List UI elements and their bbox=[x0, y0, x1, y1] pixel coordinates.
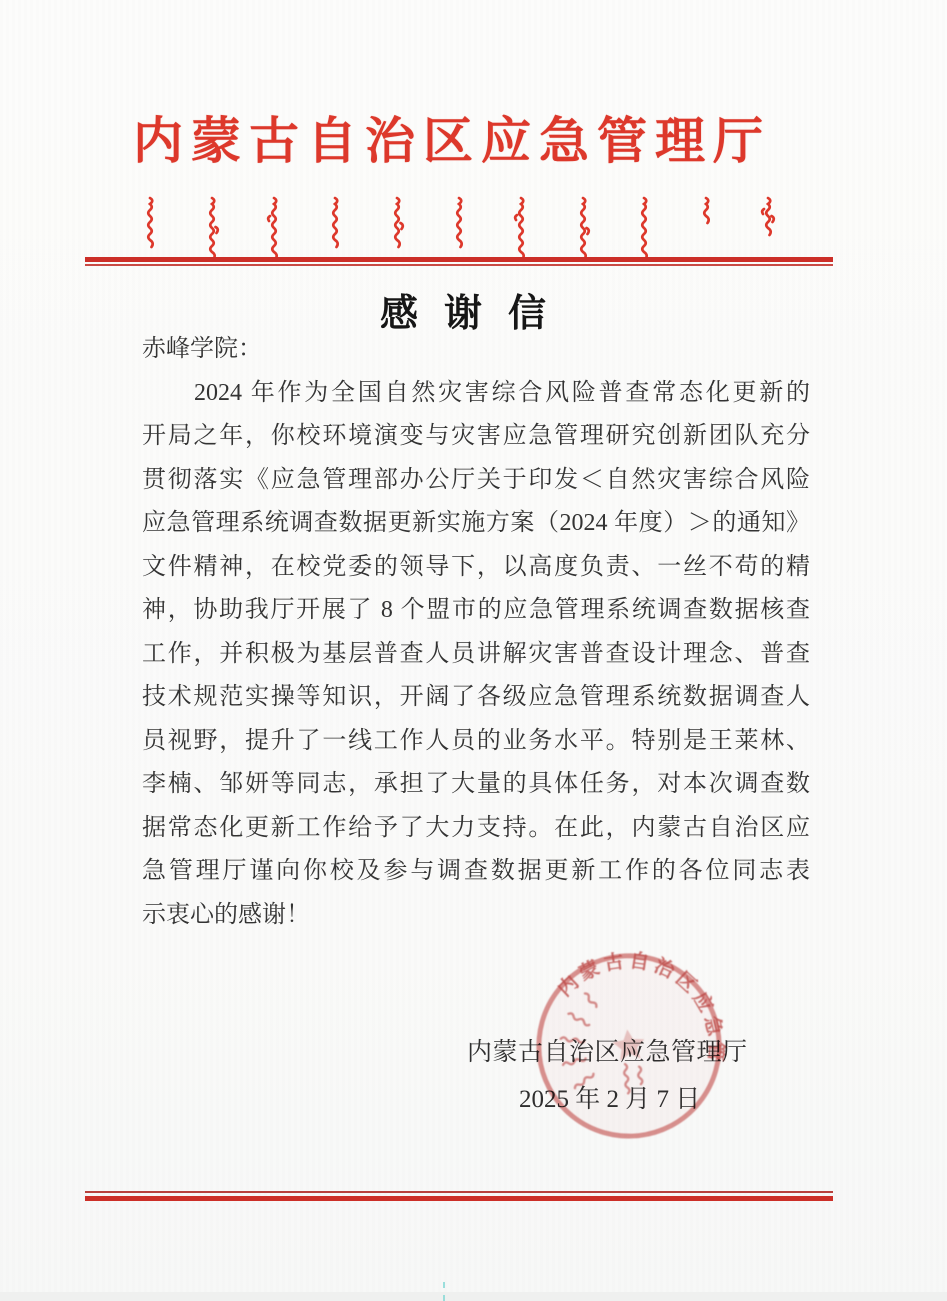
letterhead-divider-thin bbox=[85, 264, 833, 266]
footer-divider-thin bbox=[85, 1191, 833, 1193]
body-line: 贯彻落实《应急管理部办公厅关于印发＜自然灾害综合风险 bbox=[142, 459, 810, 503]
mongolian-glyph-icon bbox=[388, 196, 406, 264]
body-line: 应急管理系统调查数据更新实施方案（2024 年度）＞的通知》 bbox=[142, 502, 810, 546]
body-line: 李楠、邹妍等同志，承担了大量的具体任务，对本次调查数 bbox=[142, 763, 810, 807]
mongolian-glyph-icon bbox=[512, 196, 530, 266]
scan-artifact bbox=[443, 1282, 445, 1301]
signature-org: 内蒙古自治区应急管理厅 bbox=[467, 1032, 748, 1068]
mongolian-glyph-icon bbox=[450, 196, 468, 256]
body-line: 工作，并积极为基层普查人员讲解灾害普查设计理念、普查 bbox=[142, 633, 810, 677]
body-line: 文件精神，在校党委的领导下，以高度负责、一丝不苟的精 bbox=[142, 546, 810, 590]
letterhead-org-name: 内蒙古自治区应急管理厅 bbox=[133, 112, 833, 170]
letter-page: 内蒙古自治区应急管理厅 感谢信 赤峰学院： 2024 年作为全国自然灾害综合风险… bbox=[0, 0, 947, 1301]
page-bottom-strip bbox=[0, 1292, 947, 1301]
body-line: 开局之年，你校环境演变与灾害应急管理研究创新团队充分 bbox=[142, 415, 810, 459]
mongolian-glyph-icon bbox=[697, 196, 715, 230]
letterhead-divider-thick bbox=[85, 257, 833, 262]
body-line: 示衷心的感谢！ bbox=[142, 894, 810, 938]
body-line: 据常态化更新工作给予了大力支持。在此，内蒙古自治区应 bbox=[142, 807, 810, 851]
footer-divider-thick bbox=[85, 1196, 833, 1201]
signature-date: 2025 年 2 月 7 日 bbox=[519, 1079, 700, 1115]
body-line: 急管理厅谨向你校及参与调查数据更新工作的各位同志表 bbox=[142, 850, 810, 894]
mongolian-glyph-icon bbox=[326, 196, 344, 254]
salutation: 赤峰学院： bbox=[142, 328, 810, 372]
mongolian-glyph-icon bbox=[759, 196, 777, 248]
letter-body: 赤峰学院： 2024 年作为全国自然灾害综合风险普查常态化更新的 开局之年，你校… bbox=[142, 328, 810, 937]
body-line: 神，协助我厅开展了 8 个盟市的应急管理系统调查数据核查 bbox=[142, 589, 810, 633]
body-line: 员视野，提升了一线工作人员的业务水平。特别是王莱林、 bbox=[142, 720, 810, 764]
body-line: 技术规范实操等知识，开阔了各级应急管理系统数据调查人 bbox=[142, 676, 810, 720]
body-line: 2024 年作为全国自然灾害综合风险普查常态化更新的 bbox=[142, 372, 810, 416]
mongolian-glyph-icon bbox=[141, 196, 159, 256]
